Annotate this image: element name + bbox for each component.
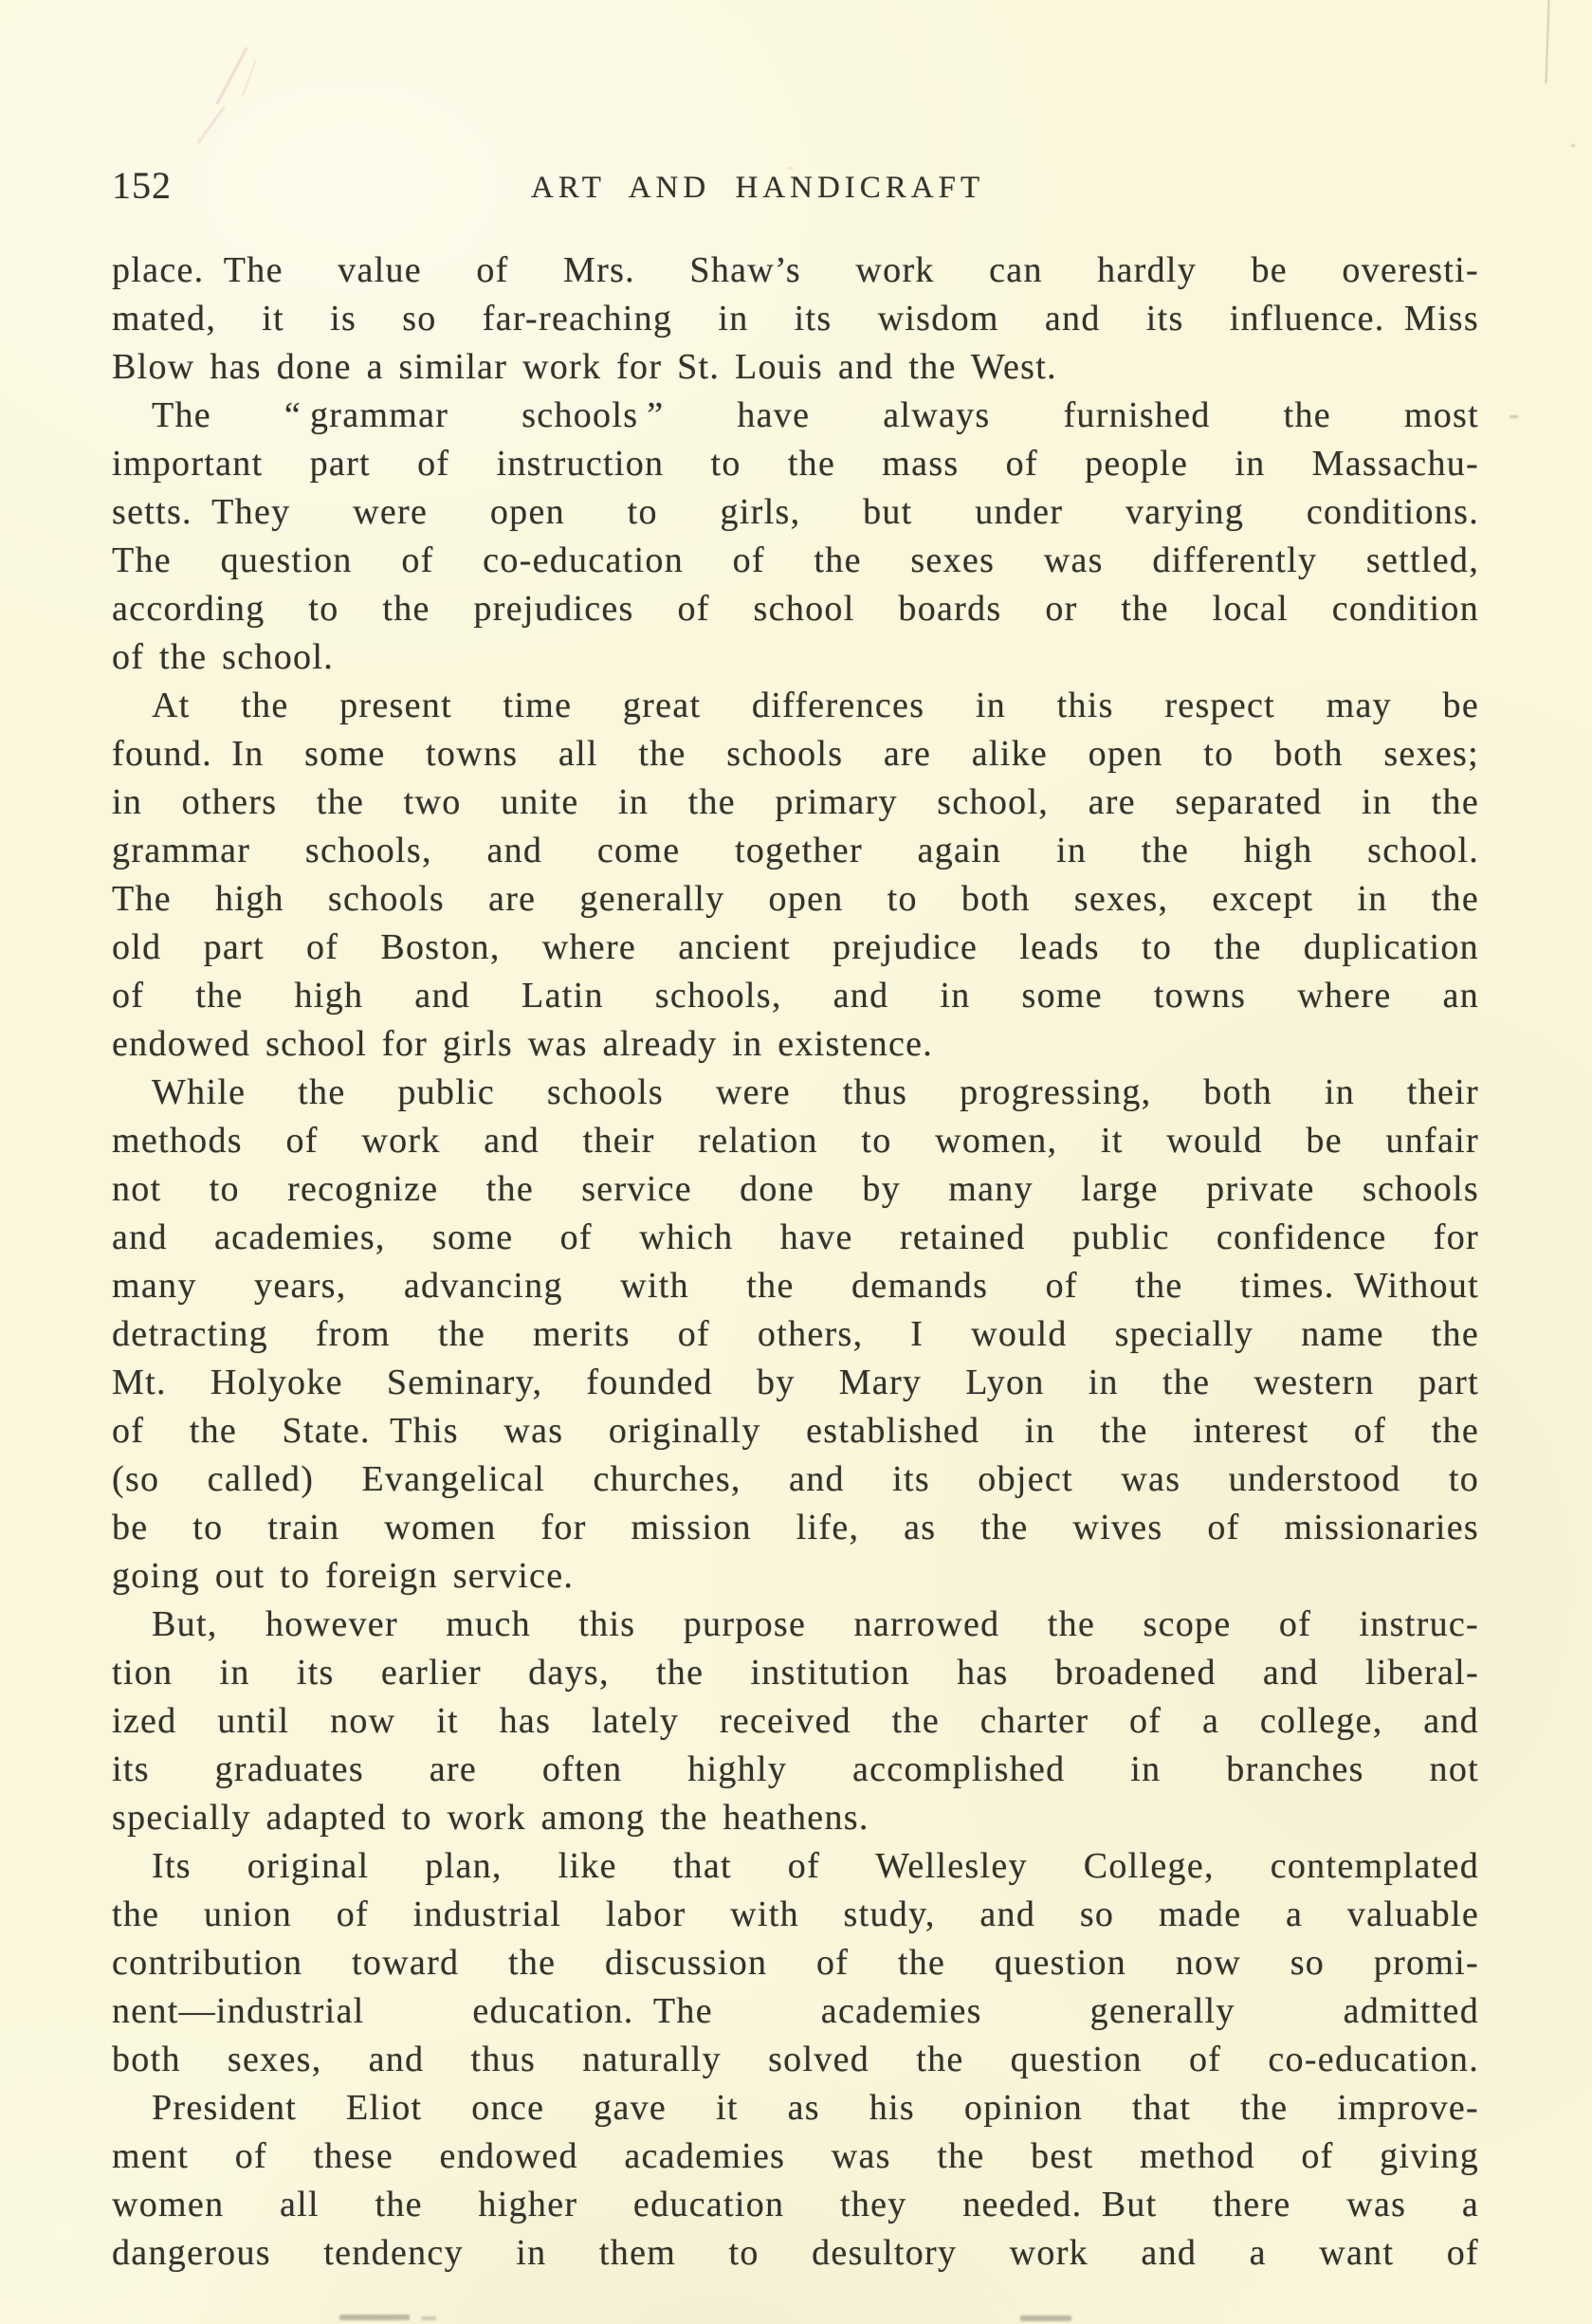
cutoff-text-fragment (1020, 2315, 1071, 2321)
text-line: President Eliot once gave it as his opin… (112, 2084, 1479, 2132)
text-line: be to train women for mission life, as t… (112, 1504, 1479, 1552)
text-line: But, however much this purpose narrowed … (112, 1601, 1479, 1649)
text-line: old part of Boston, where ancient prejud… (112, 924, 1479, 972)
text-line: nent—industrial education. The academies… (112, 1987, 1479, 2036)
text-line: found. In some towns all the schools are… (112, 730, 1479, 778)
cutoff-text-fragment (339, 2315, 410, 2320)
text-line: its graduates are often highly accomplis… (112, 1746, 1479, 1794)
text-line: of the State. This was originally establ… (112, 1407, 1479, 1455)
text-line: women all the higher education they need… (112, 2181, 1479, 2229)
text-line: Blow has done a similar work for St. Lou… (112, 343, 1479, 392)
text-line: Mt. Holyoke Seminary, founded by Mary Ly… (112, 1359, 1479, 1407)
text-line: At the present time great differences in… (112, 682, 1479, 730)
text-line: according to the prejudices of school bo… (112, 585, 1479, 633)
text-line: setts. They were open to girls, but unde… (112, 488, 1479, 537)
text-line: Its original plan, like that of Wellesle… (112, 1842, 1479, 1891)
text-line: of the high and Latin schools, and in so… (112, 972, 1479, 1020)
text-line: place. The value of Mrs. Shaw’s work can… (112, 247, 1479, 295)
text-line: contribution toward the discussion of th… (112, 1939, 1479, 1987)
cutoff-text-fragment (421, 2316, 436, 2320)
body-text-block: place. The value of Mrs. Shaw’s work can… (112, 247, 1479, 2278)
text-line: detracting from the merits of others, I … (112, 1310, 1479, 1359)
text-line: endowed school for girls was already in … (112, 1020, 1479, 1069)
book-page-scan: 152 ART AND HANDICRAFT place. The value … (0, 0, 1592, 2324)
text-line: tion in its earlier days, the institutio… (112, 1649, 1479, 1697)
text-line: both sexes, and thus naturally solved th… (112, 2036, 1479, 2084)
text-line: going out to foreign service. (112, 1552, 1479, 1601)
text-line: many years, advancing with the demands o… (112, 1262, 1479, 1310)
paper-speck-artifact (1571, 144, 1575, 147)
text-line: methods of work and their relation to wo… (112, 1117, 1479, 1165)
page-header-row: 152 ART AND HANDICRAFT (112, 163, 1479, 209)
text-line: not to recognize the service done by man… (112, 1165, 1479, 1214)
text-line: The question of co-education of the sexe… (112, 537, 1479, 585)
text-line: the union of industrial labor with study… (112, 1891, 1479, 1939)
text-line: (so called) Evangelical churches, and it… (112, 1455, 1479, 1504)
text-line: ized until now it has lately received th… (112, 1697, 1479, 1746)
text-line: The high schools are generally open to b… (112, 875, 1479, 924)
text-line: important part of instruction to the mas… (112, 440, 1479, 488)
text-line: of the school. (112, 633, 1479, 682)
text-line: ment of these endowed academies was the … (112, 2132, 1479, 2181)
paper-crease-artifact (1545, 0, 1549, 83)
text-line: in others the two unite in the primary s… (112, 778, 1479, 827)
pink-smudge-artifact (196, 106, 226, 145)
text-line: While the public schools were thus progr… (112, 1069, 1479, 1117)
text-line: specially adapted to work among the heat… (112, 1794, 1479, 1842)
pink-smudge-artifact (242, 60, 257, 96)
running-header: ART AND HANDICRAFT (74, 167, 1441, 209)
text-line: mated, it is so far-reaching in its wisd… (112, 295, 1479, 343)
text-line: The “ grammar schools ” have always furn… (112, 392, 1479, 440)
text-line: grammar schools, and come together again… (112, 827, 1479, 875)
text-line: and academies, some of which have retain… (112, 1214, 1479, 1262)
pink-smudge-artifact (215, 46, 248, 104)
paper-speck-artifact (1510, 415, 1518, 418)
text-line: dangerous tendency in them to desultory … (112, 2229, 1479, 2278)
